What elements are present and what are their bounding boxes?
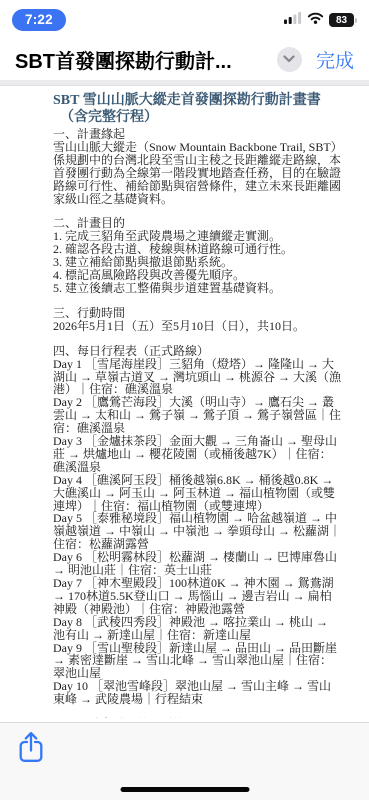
document-title-nav: SBT首發團探勘行動計... [15, 45, 277, 74]
paragraph: 5. 建立後續志工整備與步道建置基礎資料。 [53, 282, 342, 295]
paragraph: Day 9 ［雪山聖稜段］新達山屋 → 品田山 → 品田斷崖 → 素密達斷崖 →… [53, 642, 342, 681]
collapse-button[interactable] [277, 47, 302, 72]
battery-percent: 83 [329, 13, 354, 27]
doc-section: 三、行動時間2026年5月1日（五）至5月10日（日），共10日。 [53, 307, 342, 333]
document-page[interactable]: SBT 雪山山脈大縱走首發團探勘行動計畫書 （含完整行程） 一、計畫緣起雪山山脈… [0, 86, 369, 718]
document-heading-line1: SBT 雪山山脈大縱走首發團探勘行動計畫書 [53, 93, 321, 108]
bottom-toolbar [0, 722, 369, 800]
status-time-pill[interactable]: 7:22 [12, 9, 66, 31]
paragraph: Day 10 ［翠池雪峰段］翠池山屋 → 雪山主峰 → 雪山東峰 → 武陵農場｜… [53, 680, 342, 706]
paragraph: Day 4 ［礁溪阿玉段］桶後越嶺6.8K → 桶後越0.8K → 大礁溪山 →… [53, 474, 342, 513]
wifi-icon [307, 11, 324, 29]
share-icon [17, 752, 45, 767]
home-indicator[interactable] [120, 787, 249, 792]
paragraph: Day 3 ［金爐抹茶段］金面大觀 → 三角崙山 → 聖母山莊 → 烘爐地山 →… [53, 435, 342, 474]
done-button[interactable]: 完成 [316, 46, 354, 73]
doc-section: 一、計畫緣起雪山山脈大縱走（Snow Mountain Backbone Tra… [53, 128, 342, 205]
share-button[interactable] [17, 730, 45, 767]
document-heading-line2: （含完整行程） [53, 109, 342, 126]
status-icons: 83 [284, 11, 357, 29]
section-heading: 一、計畫緣起 [53, 128, 342, 141]
paragraph: 2026年5月1日（五）至5月10日（日），共10日。 [53, 320, 342, 333]
chevron-down-icon [283, 50, 295, 68]
section-heading: 三、行動時間 [53, 307, 342, 320]
cellular-signal-icon [284, 11, 302, 29]
doc-section: 四、每日行程表（正式路線）Day 1 ［雪尾海崖段］三貂角（燈塔）→ 隆隆山 →… [53, 345, 342, 706]
battery-nub [355, 18, 357, 23]
paragraph: Day 5 ［泰雅秘境段］福山植物園 → 哈盆越嶺道 → 中嶺越嶺道 → 中嶺山… [53, 512, 342, 551]
status-bar: 7:22 83 [0, 0, 369, 38]
paragraph: Day 6 ［松明霧林段］松蘿湖 → 棲蘭山 → 巴博庫魯山 → 明池山莊｜住宿… [53, 551, 342, 577]
paragraph: Day 1 ［雪尾海崖段］三貂角（燈塔）→ 隆隆山 → 大湖山 → 草嶺古道叉 … [53, 358, 342, 397]
document-heading: SBT 雪山山脈大縱走首發團探勘行動計畫書 （含完整行程） [53, 92, 342, 126]
doc-section: 二、計畫目的1. 完成三貂角至武陵農場之連續縱走實測。2. 確認各段古道、稜線與… [53, 217, 342, 294]
doc-sections: 一、計畫緣起雪山山脈大縱走（Snow Mountain Backbone Tra… [53, 128, 342, 718]
nav-bar: SBT首發團探勘行動計... 完成 [0, 38, 369, 80]
paragraph: Day 8 ［武稜四秀段］神殿池 → 喀拉業山 → 桃山 → 池有山 → 新達山… [53, 616, 342, 642]
battery-icon: 83 [329, 13, 357, 27]
paragraph: Day 2 ［鷹鶯芒海段］大溪（明山寺）→ 鷹石尖 → 叢雲山 → 太和山 → … [53, 396, 342, 435]
section-heading: 四、每日行程表（正式路線） [53, 345, 342, 358]
paragraph: 雪山山脈大縱走（Snow Mountain Backbone Trail, SB… [53, 141, 342, 206]
paragraph: Day 7 ［神木聖殿段］100林道0K → 神木園 → 鴛鴦湖 → 170林道… [53, 577, 342, 616]
